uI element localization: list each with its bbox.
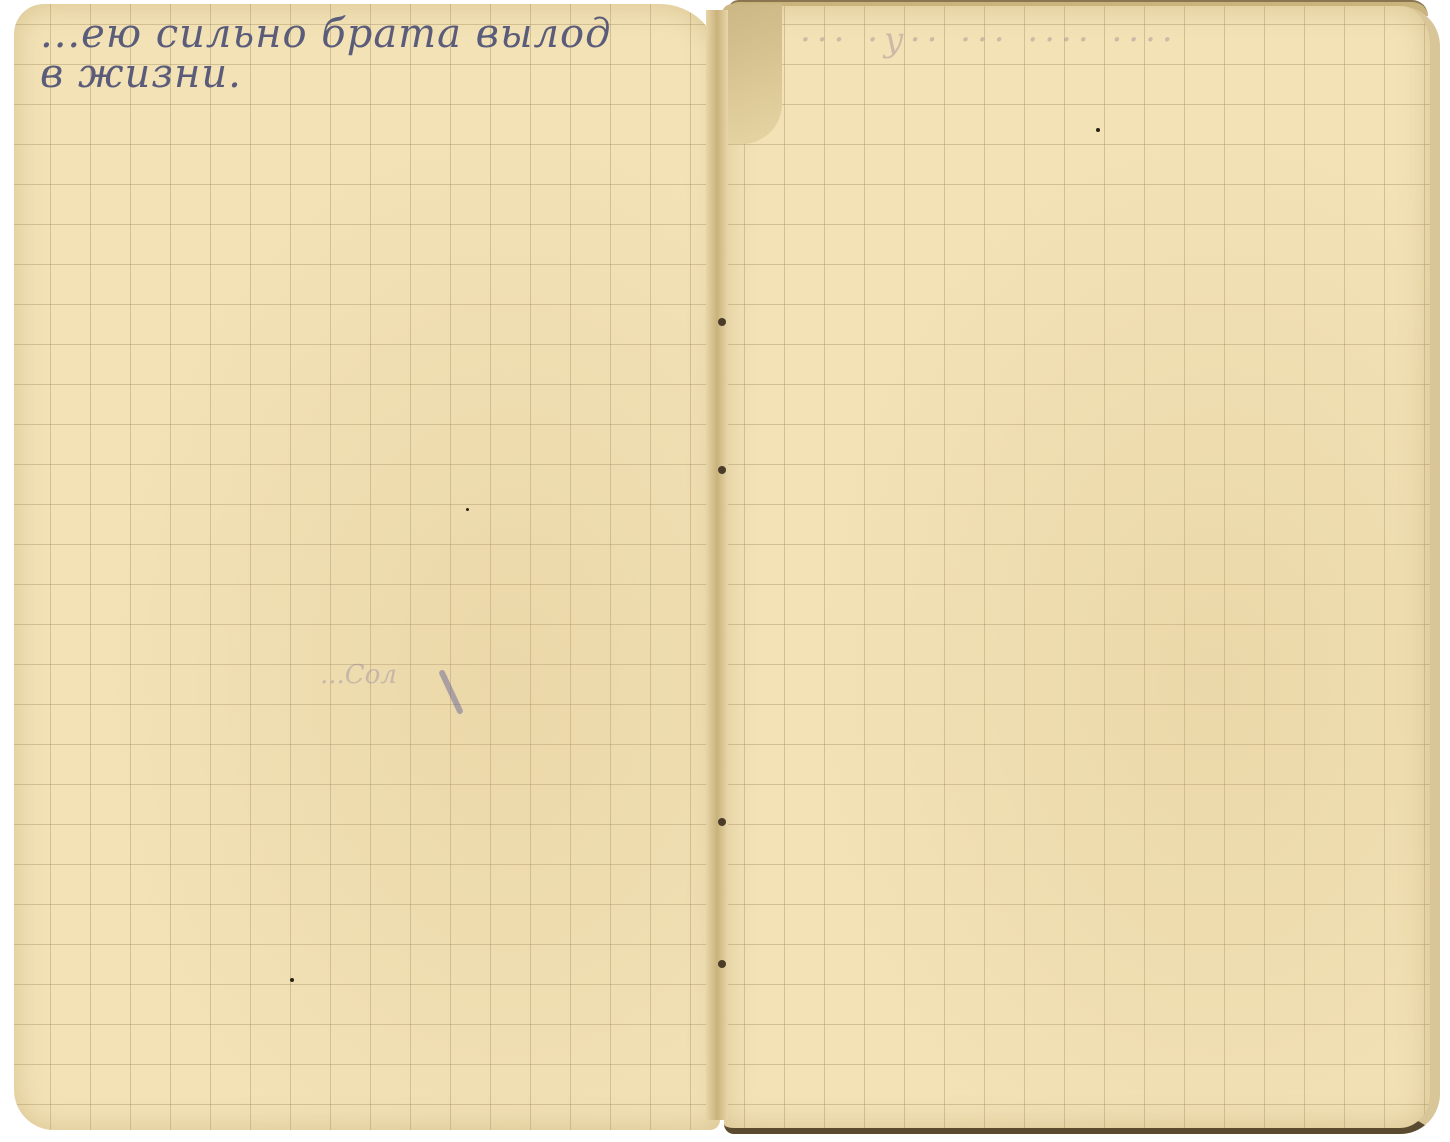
notebook-spread: ...ею сильно брата вылод в жизни. ··· ·у… bbox=[0, 0, 1450, 1142]
stitch-hole bbox=[718, 818, 726, 826]
torn-corner bbox=[722, 4, 782, 144]
left-page bbox=[14, 4, 720, 1130]
stitch-hole bbox=[718, 318, 726, 326]
right-page bbox=[724, 6, 1440, 1134]
ink-speck bbox=[1096, 128, 1100, 132]
stitch-hole bbox=[718, 466, 726, 474]
ink-speck bbox=[290, 978, 294, 982]
ink-speck bbox=[466, 508, 469, 511]
handwritten-note: ...ею сильно брата вылод в жизни. bbox=[40, 14, 660, 94]
handwritten-line-2: в жизни. bbox=[40, 54, 660, 94]
handwritten-line-1: ...ею сильно брата вылод bbox=[40, 14, 660, 54]
faded-header-text: ··· ·у·· ··· ···· ···· bbox=[800, 20, 1179, 60]
stitch-hole bbox=[718, 960, 726, 968]
notebook-spine bbox=[706, 10, 728, 1120]
bleed-through-text: ...Сол bbox=[320, 660, 397, 690]
